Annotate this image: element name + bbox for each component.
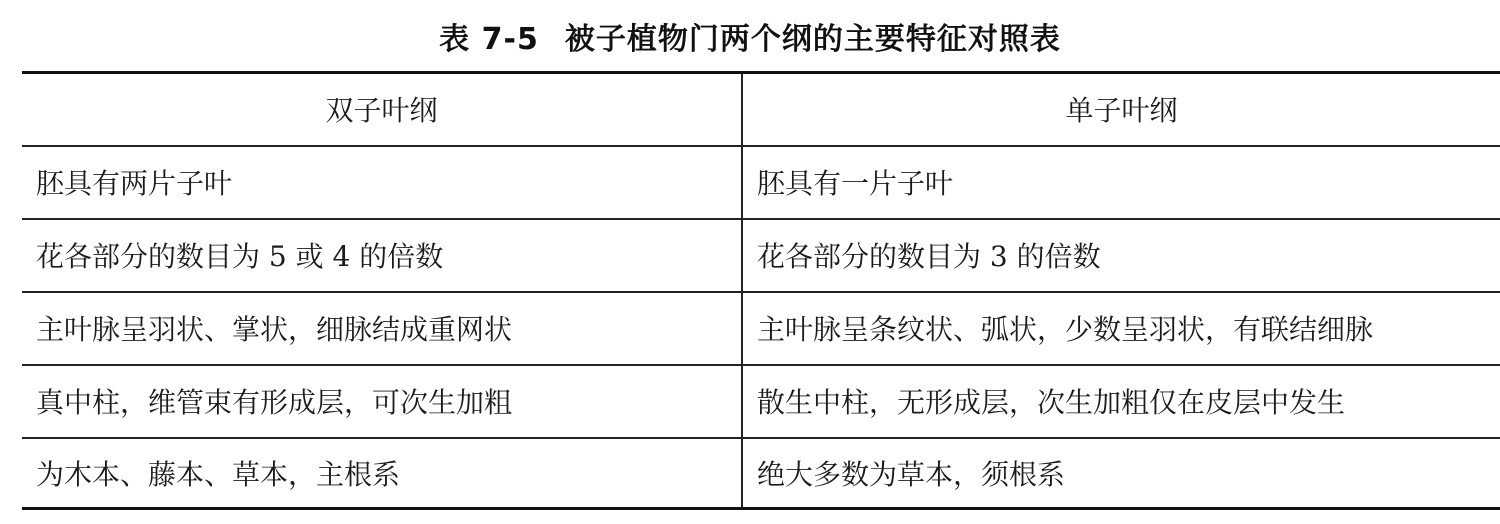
table-row: 真中柱，维管束有形成层，可次生加粗 散生中柱，无形成层，次生加粗仅在皮层中发生 [22, 365, 1500, 438]
table-row: 主叶脉呈羽状、掌状，细脉结成重网状 主叶脉呈条纹状、弧状，少数呈羽状，有联结细脉 [22, 292, 1500, 365]
cell-monocot: 花各部分的数目为 3 的倍数 [742, 219, 1500, 292]
table-row: 花各部分的数目为 5 或 4 的倍数 花各部分的数目为 3 的倍数 [22, 219, 1500, 292]
table-caption: 表 7-5被子植物门两个纲的主要特征对照表 [0, 14, 1500, 58]
cell-monocot: 主叶脉呈条纹状、弧状，少数呈羽状，有联结细脉 [742, 292, 1500, 365]
table-number: 表 7-5 [439, 22, 539, 57]
cell-dicot: 主叶脉呈羽状、掌状，细脉结成重网状 [22, 292, 742, 365]
table-title: 被子植物门两个纲的主要特征对照表 [565, 22, 1061, 57]
cell-monocot: 绝大多数为草本，须根系 [742, 438, 1500, 509]
cell-dicot: 真中柱，维管束有形成层，可次生加粗 [22, 365, 742, 438]
cell-monocot: 胚具有一片子叶 [742, 146, 1500, 219]
cell-dicot: 为木本、藤本、草本，主根系 [22, 438, 742, 509]
table-row: 胚具有两片子叶 胚具有一片子叶 [22, 146, 1500, 219]
cell-monocot: 散生中柱，无形成层，次生加粗仅在皮层中发生 [742, 365, 1500, 438]
cell-dicot: 胚具有两片子叶 [22, 146, 742, 219]
comparison-table: 双子叶纲 单子叶纲 胚具有两片子叶 胚具有一片子叶 花各部分的数目为 5 或 4… [22, 71, 1500, 510]
table-row: 为木本、藤本、草本，主根系 绝大多数为草本，须根系 [22, 438, 1500, 509]
header-dicotyledons: 双子叶纲 [22, 73, 742, 146]
header-monocotyledons: 单子叶纲 [742, 73, 1500, 146]
header-row: 双子叶纲 单子叶纲 [22, 73, 1500, 146]
cell-dicot: 花各部分的数目为 5 或 4 的倍数 [22, 219, 742, 292]
